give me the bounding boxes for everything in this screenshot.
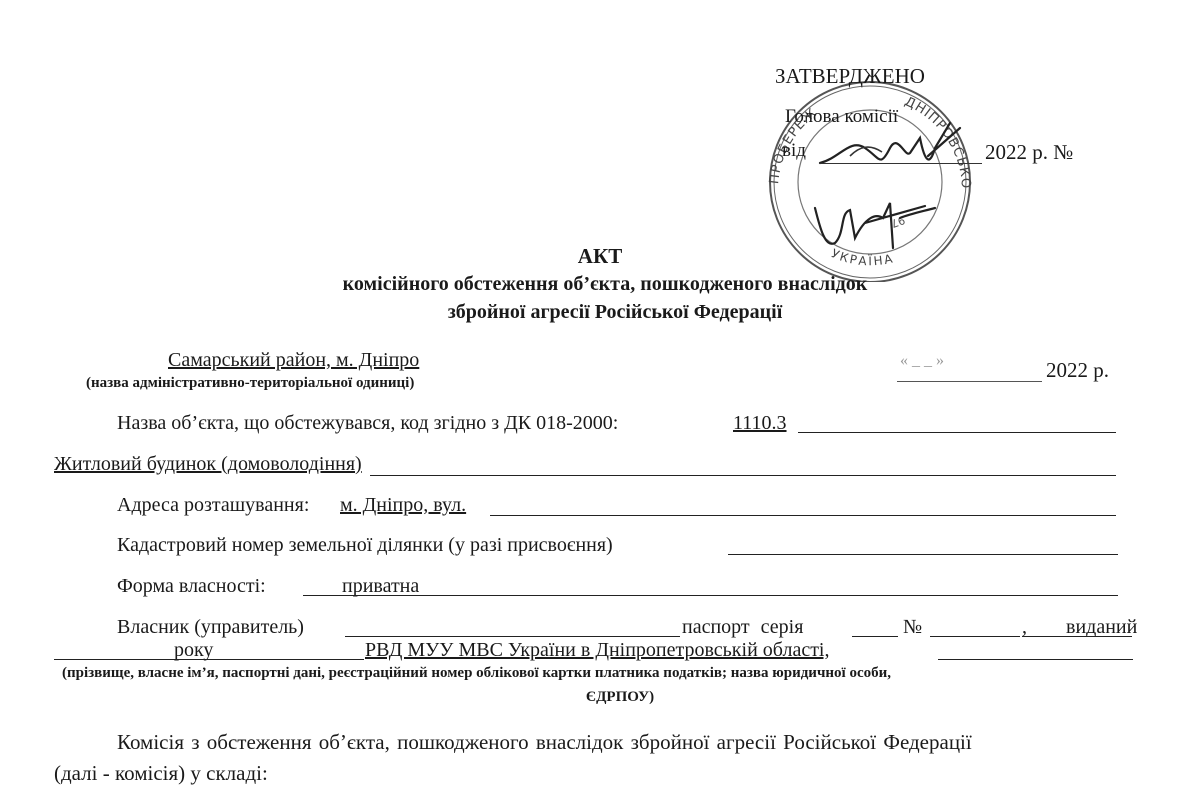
issue-date-field[interactable] [54,659,174,660]
district-value: Самарський район, м. Дніпро [168,349,419,372]
document-subtitle-line1: комісійного обстеження об’єкта, пошкодже… [0,273,1200,296]
passport-series-field[interactable] [852,636,898,637]
passport-label: паспорт серія [682,616,803,639]
approval-from-label: від [782,140,806,162]
owner-caption-line2: ЄДРПОУ) [0,689,1200,706]
owner-label: Власник (управитель) [117,616,304,639]
year-underline [174,659,364,660]
passport-number-field[interactable] [930,636,1020,637]
approval-signature-line [820,163,982,164]
object-name-line [370,475,1116,476]
issued-underline [1022,636,1132,637]
object-name-label: Назва об’єкта, що обстежувався, код згід… [117,412,618,435]
object-name-value[interactable]: Житловий будинок (домоволодіння) [54,453,362,476]
ownership-label: Форма власності: [117,575,266,598]
owner-name-field[interactable] [345,636,680,637]
address-line [490,515,1116,516]
document-title: АКТ [0,244,1200,269]
approval-date: 2022 р. № [985,140,1073,165]
issuer-value[interactable]: РВД МУУ МВС України в Дніпропетровській … [365,639,830,662]
document-page: ПРОБЕРЕЖ ДНІПРОВСЬКО УКРАЇНА 97 ЗАТВЕРДЖ… [0,0,1200,800]
passport-number-label: № [903,616,922,639]
owner-caption-line1: (прізвище, власне ім’я, паспортні дані, … [62,665,891,682]
address-label: Адреса розташування: [117,494,309,517]
approval-role: Голова комісії [785,106,898,128]
commission-text-line1: Комісія з обстеження об’єкта, пошкоджено… [117,730,972,755]
date-day-field[interactable]: «__» [900,352,948,370]
address-value[interactable]: м. Дніпро, вул. [340,494,466,517]
cadastral-label: Кадастровий номер земельної ділянки (у р… [117,534,613,557]
object-code-value[interactable]: 1110.3 [733,412,787,435]
document-subtitle-line2: збройної агресії Російської Федерації [0,301,1200,324]
issuer-extra-line [1055,659,1133,660]
cadastral-field[interactable] [728,554,1118,555]
approval-heading: ЗАТВЕРДЖЕНО [775,64,925,89]
ownership-line [303,595,1118,596]
date-year: 2022 р. [1046,358,1109,383]
object-code-line [798,432,1116,433]
district-caption: (назва адміністративно-територіальної од… [86,375,414,392]
date-month-field[interactable] [897,381,1042,382]
commission-text-line2: (далі - комісія) у складі: [54,761,268,786]
